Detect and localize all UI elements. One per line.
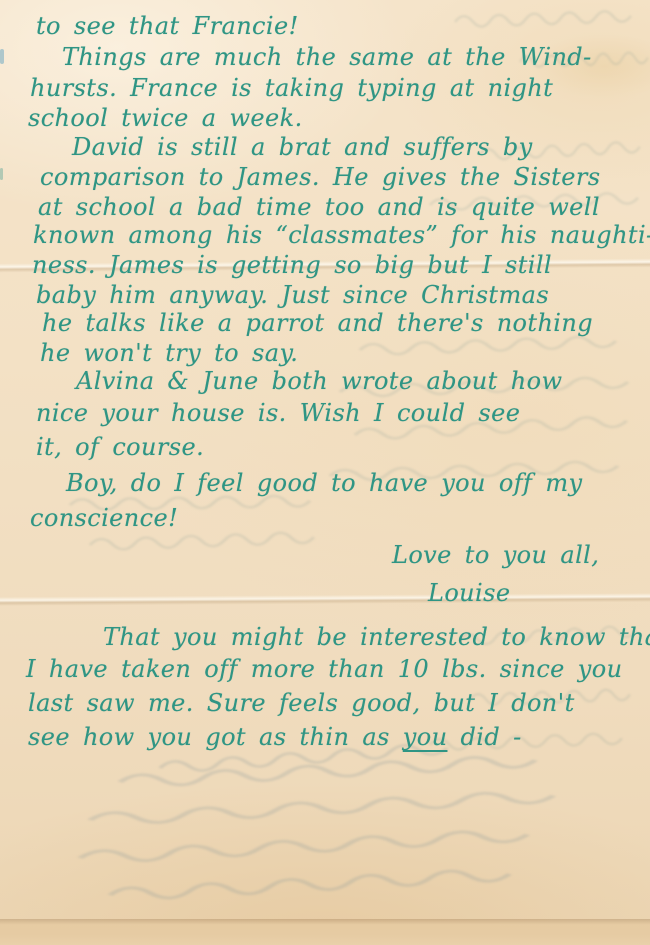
letter-line: school twice a week. — [28, 104, 303, 132]
postscript-line: That you might be interested to know tha… — [103, 623, 650, 651]
letter-closing: Love to you all, — [392, 541, 599, 569]
ink-smudge — [0, 168, 3, 180]
letter-line: he won't try to say. — [40, 339, 298, 367]
letter-paper: to see that Francie! Things are much the… — [0, 0, 650, 945]
letter-line: Things are much the same at the Wind- — [62, 43, 592, 71]
letter-line: conscience! — [30, 504, 178, 532]
letter-line: it, of course. — [36, 433, 204, 461]
postscript-line: see how you got as thin as you did - — [28, 723, 522, 751]
letter-line: hursts. France is taking typing at night — [30, 74, 553, 102]
underlined-word: you — [403, 723, 448, 751]
letter-line: he talks like a parrot and there's nothi… — [42, 309, 593, 337]
letter-line: to see that Francie! — [36, 12, 299, 40]
ink-smudge — [0, 49, 4, 64]
letter-line: comparison to James. He gives the Sister… — [40, 163, 600, 191]
letter-line: Alvina & June both wrote about how — [76, 367, 562, 395]
letter-line: baby him anyway. Just since Christmas — [36, 281, 549, 309]
letter-line: at school a bad time too and is quite we… — [38, 193, 600, 221]
page-bottom-edge — [0, 919, 650, 945]
letter-line: David is still a brat and suffers by — [72, 133, 533, 161]
letter-line: Boy, do I feel good to have you off my — [66, 469, 582, 497]
letter-line: nice your house is. Wish I could see — [36, 399, 520, 427]
postscript-text: did - — [447, 723, 521, 751]
postscript-text: see how you got as thin as — [28, 723, 403, 751]
postscript-line: last saw me. Sure feels good, but I don'… — [28, 689, 575, 717]
postscript-line: I have taken off more than 10 lbs. since… — [26, 655, 622, 683]
letter-line: ness. James is getting so big but I stil… — [32, 251, 552, 279]
letter-signature: Louise — [428, 579, 510, 607]
letter-line: known among his “classmates” for his nau… — [33, 221, 650, 249]
